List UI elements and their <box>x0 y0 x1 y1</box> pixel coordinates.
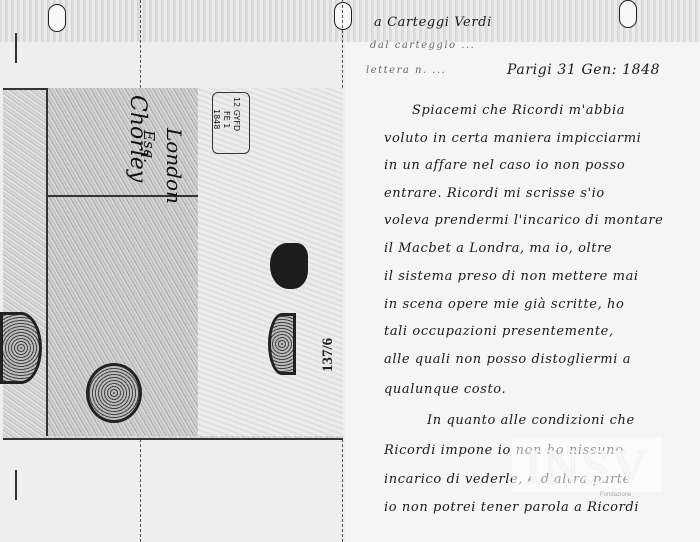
punch-hole-icon <box>48 4 66 32</box>
letter-header: a Carteggi Verdi <box>374 15 492 30</box>
postmark-stamp-icon <box>0 312 42 384</box>
letter-line: alle quali non posso distogliermi a <box>384 352 631 367</box>
postal-date-stamp: 12 GYFD FE 1 1848 <box>212 92 250 154</box>
letter-line: entrare. Ricordi mi scrisse s'io <box>384 186 605 201</box>
wax-seal-icon <box>270 243 308 289</box>
letter-line: voleva prendermi l'incarico di montare <box>384 213 663 228</box>
margin-mark <box>15 470 17 500</box>
letter-line: io non potrei tener parola a Ricordi <box>384 500 639 515</box>
letter-header-faint: lettera n. ... <box>366 65 446 76</box>
letter-line: il Macbet a Londra, ma io, oltre <box>384 241 612 256</box>
letter-header-faint: dal carteggio ... <box>370 40 475 51</box>
letter-line: qualunque costo. <box>384 382 506 397</box>
scanned-document: Chorley Esq. London 12 GYFD FE 1 1848 13… <box>0 0 700 542</box>
postmark-stamp-icon <box>268 313 296 375</box>
place-date: Parigi 31 Gen: 1848 <box>507 62 660 78</box>
letter-line: in scena opere mie già scritte, ho <box>384 297 624 312</box>
margin-mark <box>15 33 17 63</box>
letter-line: il sistema preso di non mettere mai <box>384 269 639 284</box>
watermark-subtitle: Fondazione <box>600 492 631 498</box>
postmark-stamp-icon <box>86 363 142 423</box>
letter-line: in un affare nel caso io non posso <box>384 158 625 173</box>
letter-line: voluto in certa maniera impicciarmi <box>384 131 641 146</box>
envelope-address-line: Esq. <box>140 130 158 163</box>
letter-line: tali occupazioni presentemente, <box>384 324 614 339</box>
watermark-logo: INSV <box>525 437 650 495</box>
archive-number: 137/6 <box>320 338 337 372</box>
letter-line: Spiacemi che Ricordi m'abbia <box>412 103 625 118</box>
letter-line: In quanto alle condizioni che <box>427 413 635 428</box>
envelope-address-line: London <box>162 128 186 204</box>
